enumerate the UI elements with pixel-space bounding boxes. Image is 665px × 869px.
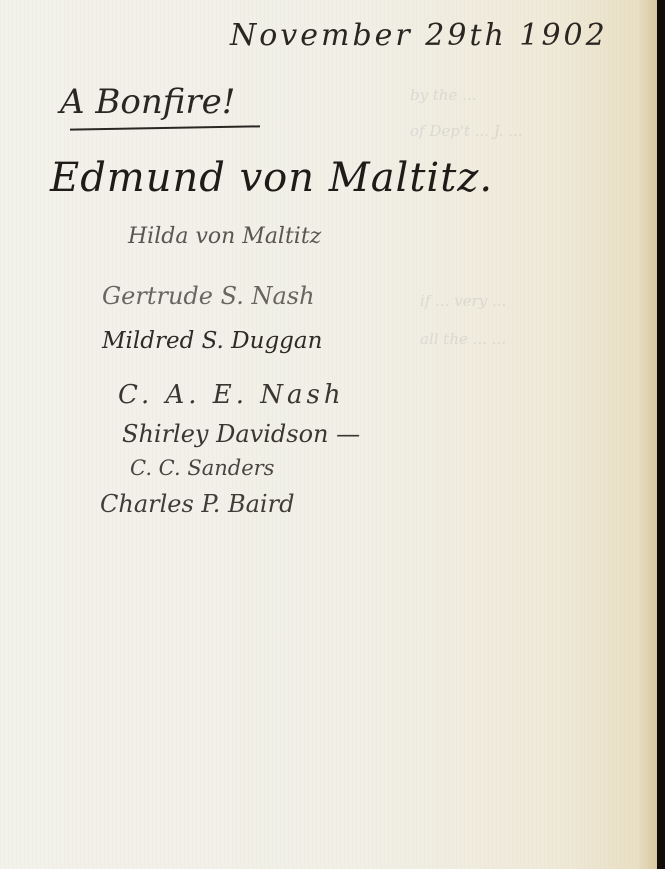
signature: Hilda von Maltitz: [128, 224, 321, 249]
bleed-through-line: all the ... ...: [420, 330, 506, 348]
guestbook-page: by the ... of Dep't ... J. ... if ... ve…: [0, 0, 657, 869]
bleed-through-line: of Dep't ... J. ...: [410, 122, 523, 140]
entry-date: November 29th 1902: [230, 18, 608, 53]
signature: C. A. E. Nash: [118, 380, 345, 410]
signature: C. C. Sanders: [130, 456, 274, 480]
signature: Shirley Davidson —: [122, 420, 360, 448]
bleed-through-line: if ... very ...: [420, 292, 506, 310]
signature: Gertrude S. Nash: [102, 282, 315, 310]
heading-underline: [70, 125, 260, 130]
signature: Charles P. Baird: [100, 490, 294, 518]
bleed-through-line: by the ...: [410, 86, 476, 104]
book-edge: [657, 0, 665, 869]
entry-heading: A Bonfire!: [60, 82, 235, 122]
signature: Edmund von Maltitz.: [50, 155, 493, 201]
signature: Mildred S. Duggan: [102, 328, 322, 354]
